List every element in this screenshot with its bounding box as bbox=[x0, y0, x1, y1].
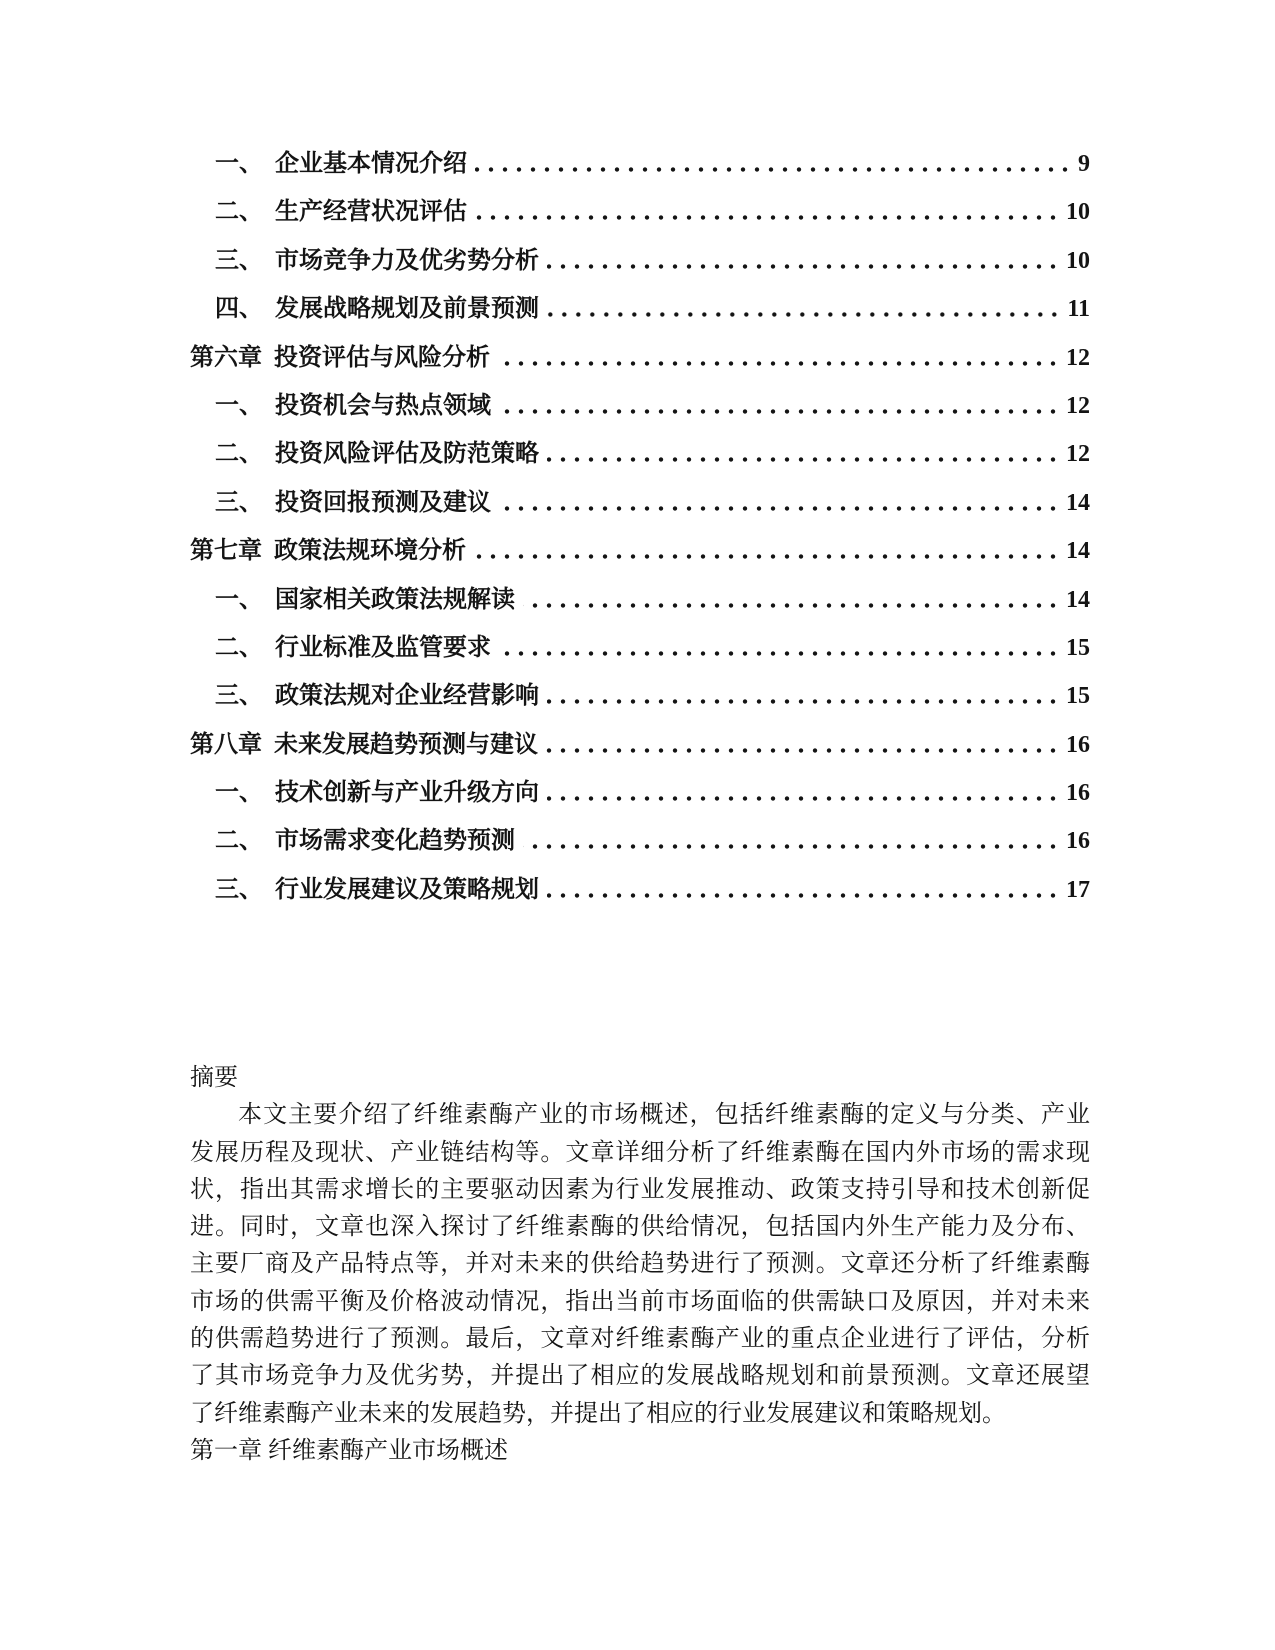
toc-entry-title: 企业基本情况介绍 bbox=[275, 140, 467, 188]
toc-entry-page: 9 bbox=[1078, 140, 1090, 188]
toc-entry-page: 14 bbox=[1066, 479, 1090, 527]
toc-entry-number: 四、 bbox=[215, 285, 263, 333]
toc-dot-leader bbox=[475, 140, 1072, 188]
toc-entry-page: 16 bbox=[1066, 817, 1090, 865]
toc-entry: 二、 行业标准及监管要求 15 bbox=[190, 624, 1090, 672]
toc-entry-number: 二、 bbox=[215, 817, 263, 865]
toc-dot-leader bbox=[547, 285, 1061, 333]
abstract-line: 发展历程及现状、产业链结构等。文章详细分析了纤维素酶在国内外市场的需求现 bbox=[190, 1135, 1090, 1172]
toc-entry-page: 12 bbox=[1066, 430, 1090, 478]
toc-entry: 第八章 未来发展趋势预测与建议 16 bbox=[190, 721, 1090, 769]
toc-entry-page: 12 bbox=[1066, 334, 1090, 382]
abstract-line: 进。同时，文章也深入探讨了纤维素酶的供给情况，包括国内外生产能力及分布、 bbox=[190, 1209, 1090, 1246]
toc-dot-leader bbox=[547, 430, 1060, 478]
toc-entry: 三、 市场竞争力及优劣势分析 10 bbox=[190, 237, 1090, 285]
toc-entry-title: 市场竞争力及优劣势分析 bbox=[275, 237, 539, 285]
toc-entry-page: 16 bbox=[1066, 769, 1090, 817]
toc-entry-title: 投资风险评估及防范策略 bbox=[275, 430, 539, 478]
toc-entry-number: 第六章 bbox=[190, 334, 262, 382]
toc-dot-leader bbox=[547, 866, 1060, 914]
abstract-line: 的供需趋势进行了预测。最后，文章对纤维素酶产业的重点企业进行了评估，分析 bbox=[190, 1321, 1090, 1358]
toc-entry-number: 第七章 bbox=[190, 527, 262, 575]
toc-entry-page: 11 bbox=[1067, 285, 1090, 333]
toc-dot-leader bbox=[547, 769, 1060, 817]
abstract-line: 状，指出其需求增长的主要驱动因素为行业发展推动、政策支持引导和技术创新促 bbox=[190, 1172, 1090, 1209]
toc-entry-title: 投资回报预测及建议 bbox=[275, 479, 491, 527]
toc-entry-number: 一、 bbox=[215, 769, 263, 817]
table-of-contents: 一、 企业基本情况介绍 9 二、 生产经营状况评估 10 三、 市场竞争力及优劣… bbox=[190, 140, 1090, 914]
chapter-one-heading: 第一章 纤维素酶产业市场概述 bbox=[190, 1433, 1090, 1470]
toc-entry-title: 政策法规对企业经营影响 bbox=[275, 672, 539, 720]
toc-dot-leader bbox=[499, 624, 1060, 672]
toc-entry: 一、 国家相关政策法规解读 14 bbox=[190, 576, 1090, 624]
abstract-heading: 摘要 bbox=[190, 1060, 1090, 1097]
toc-entry-title: 技术创新与产业升级方向 bbox=[275, 769, 539, 817]
toc-entry-number: 三、 bbox=[215, 672, 263, 720]
toc-dot-leader bbox=[474, 527, 1060, 575]
toc-entry: 第七章 政策法规环境分析 14 bbox=[190, 527, 1090, 575]
toc-dot-leader bbox=[498, 334, 1060, 382]
toc-dot-leader bbox=[523, 817, 1060, 865]
toc-entry: 三、 投资回报预测及建议 14 bbox=[190, 479, 1090, 527]
toc-entry-page: 10 bbox=[1066, 188, 1090, 236]
document-page: 一、 企业基本情况介绍 9 二、 生产经营状况评估 10 三、 市场竞争力及优劣… bbox=[0, 0, 1275, 1650]
toc-dot-leader bbox=[547, 237, 1060, 285]
toc-entry-number: 二、 bbox=[215, 188, 263, 236]
toc-entry-title: 行业发展建议及策略规划 bbox=[275, 866, 539, 914]
toc-entry: 一、 企业基本情况介绍 9 bbox=[190, 140, 1090, 188]
toc-entry-title: 生产经营状况评估 bbox=[275, 188, 467, 236]
toc-entry-page: 15 bbox=[1066, 672, 1090, 720]
toc-dot-leader bbox=[499, 382, 1060, 430]
toc-entry-title: 市场需求变化趋势预测 bbox=[275, 817, 515, 865]
toc-entry-number: 一、 bbox=[215, 140, 263, 188]
toc-entry-page: 15 bbox=[1066, 624, 1090, 672]
toc-entry-number: 二、 bbox=[215, 430, 263, 478]
toc-entry-number: 三、 bbox=[215, 866, 263, 914]
toc-entry-number: 一、 bbox=[215, 576, 263, 624]
toc-entry-number: 三、 bbox=[215, 479, 263, 527]
toc-entry-number: 第八章 bbox=[190, 721, 262, 769]
toc-entry: 一、 技术创新与产业升级方向 16 bbox=[190, 769, 1090, 817]
abstract-body: 本文主要介绍了纤维素酶产业的市场概述，包括纤维素酶的定义与分类、产业 发展历程及… bbox=[190, 1097, 1090, 1433]
abstract-line: 了纤维素酶产业未来的发展趋势，并提出了相应的行业发展建议和策略规划。 bbox=[190, 1396, 1090, 1433]
toc-entry: 一、 投资机会与热点领域 12 bbox=[190, 382, 1090, 430]
toc-entry-page: 16 bbox=[1066, 721, 1090, 769]
toc-entry: 三、 政策法规对企业经营影响 15 bbox=[190, 672, 1090, 720]
toc-entry-title: 国家相关政策法规解读 bbox=[275, 576, 515, 624]
toc-dot-leader bbox=[499, 479, 1060, 527]
abstract-line: 市场的供需平衡及价格波动情况，指出当前市场面临的供需缺口及原因，并对未来 bbox=[190, 1284, 1090, 1321]
toc-entry-page: 14 bbox=[1066, 576, 1090, 624]
toc-entry-page: 12 bbox=[1066, 382, 1090, 430]
toc-entry: 第六章 投资评估与风险分析 12 bbox=[190, 334, 1090, 382]
toc-entry-title: 投资机会与热点领域 bbox=[275, 382, 491, 430]
abstract-line: 主要厂商及产品特点等，并对未来的供给趋势进行了预测。文章还分析了纤维素酶 bbox=[190, 1246, 1090, 1283]
toc-entry: 三、 行业发展建议及策略规划 17 bbox=[190, 866, 1090, 914]
toc-entry: 二、 投资风险评估及防范策略 12 bbox=[190, 430, 1090, 478]
toc-entry: 二、 市场需求变化趋势预测 16 bbox=[190, 817, 1090, 865]
toc-entry: 二、 生产经营状况评估 10 bbox=[190, 188, 1090, 236]
toc-dot-leader bbox=[523, 576, 1060, 624]
toc-entry-title: 未来发展趋势预测与建议 bbox=[274, 721, 538, 769]
toc-entry-title: 投资评估与风险分析 bbox=[274, 334, 490, 382]
toc-dot-leader bbox=[475, 188, 1060, 236]
toc-entry: 四、 发展战略规划及前景预测 11 bbox=[190, 285, 1090, 333]
toc-entry-title: 行业标准及监管要求 bbox=[275, 624, 491, 672]
toc-entry-page: 17 bbox=[1066, 866, 1090, 914]
toc-dot-leader bbox=[547, 672, 1060, 720]
toc-entry-title: 发展战略规划及前景预测 bbox=[275, 285, 539, 333]
abstract-line: 了其市场竞争力及优劣势，并提出了相应的发展战略规划和前景预测。文章还展望 bbox=[190, 1358, 1090, 1395]
toc-entry-number: 三、 bbox=[215, 237, 263, 285]
toc-entry-number: 二、 bbox=[215, 624, 263, 672]
toc-entry-page: 10 bbox=[1066, 237, 1090, 285]
abstract-line: 本文主要介绍了纤维素酶产业的市场概述，包括纤维素酶的定义与分类、产业 bbox=[190, 1097, 1090, 1134]
toc-entry-number: 一、 bbox=[215, 382, 263, 430]
toc-entry-page: 14 bbox=[1066, 527, 1090, 575]
toc-entry-title: 政策法规环境分析 bbox=[274, 527, 466, 575]
toc-dot-leader bbox=[546, 721, 1060, 769]
abstract-section: 摘要 本文主要介绍了纤维素酶产业的市场概述，包括纤维素酶的定义与分类、产业 发展… bbox=[190, 1060, 1090, 1470]
